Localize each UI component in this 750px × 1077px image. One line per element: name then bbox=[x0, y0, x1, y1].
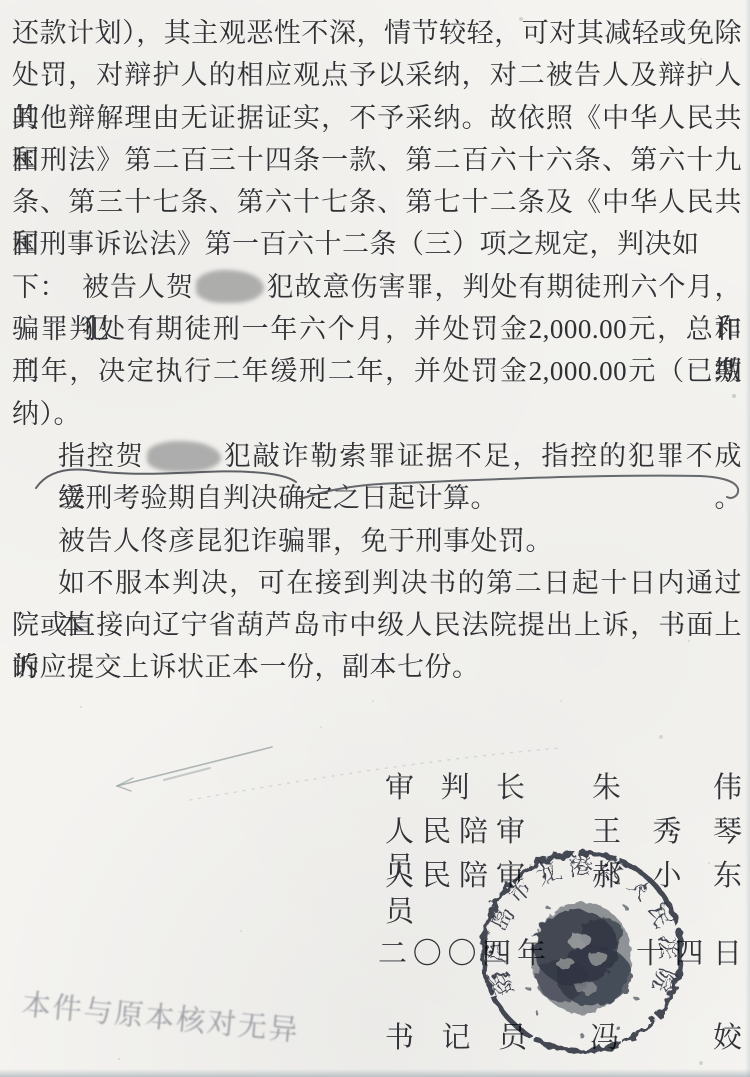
presiding-judge-row: 审判长 朱伟 bbox=[385, 770, 742, 806]
scan-edge-shadow bbox=[745, 0, 750, 1077]
judgment-line: 纳）。 bbox=[12, 393, 742, 435]
judgment-line: 二年，决定执行二年缓刑二年，并处罚金2,000.00元（已缴 bbox=[12, 350, 742, 392]
presiding-judge-label: 审判长 bbox=[385, 770, 525, 806]
assessor-label: 人民陪审员 bbox=[385, 858, 525, 930]
judgment-line: 处罚，对辩护人的相应观点予以采纳，对二被告人及辩护人的 bbox=[12, 54, 742, 96]
judgment-line: 如不服本判决，可在接到判决书的第二日起十日内通过本 bbox=[12, 562, 742, 604]
judgment-line: 骗罪判处有期徒刑一年六个月，并处罚金2,000.00元，总和刑期 bbox=[12, 308, 742, 350]
judgment-line: 指控贺犯敲诈勒索罪证据不足，指控的犯罪不成立。 bbox=[12, 435, 742, 477]
judgment-line: 被告人佟彦昆犯诈骗罪，免于刑事处罚。 bbox=[12, 520, 742, 562]
verification-stamp-note: 本件与原本核对无异 bbox=[20, 982, 303, 1050]
judgment-line: 国刑法》第二百三十四条一款、第二百六十六条、第六十九 bbox=[12, 139, 742, 181]
scan-noise-specks bbox=[0, 0, 2, 2]
scan-edge-shadow bbox=[0, 1069, 750, 1077]
judgment-body: 还款计划），其主观恶性不深，情节较轻，可对其减轻或免除 处罚，对辩护人的相应观点… bbox=[12, 12, 742, 689]
assessor-name: 郝小东 bbox=[592, 858, 742, 930]
judgment-line: 的应提交上诉状正本一份，副本七份。 bbox=[12, 646, 742, 688]
clerk-row: 书记员 冯姣 bbox=[385, 1020, 742, 1056]
presiding-judge-name: 朱伟 bbox=[592, 770, 742, 806]
judgment-line: 还款计划），其主观恶性不深，情节较轻，可对其减轻或免除 bbox=[12, 12, 742, 54]
clerk-name: 冯姣 bbox=[590, 1020, 742, 1056]
judgment-line: 条、第三十七条、第六十七条、第七十二条及《中华人民共和 bbox=[12, 181, 742, 223]
clerk-label: 书记员 bbox=[385, 1020, 527, 1056]
redacted-name bbox=[196, 270, 264, 303]
judgment-date-row: 二〇〇四年 十四日 bbox=[378, 936, 742, 972]
assessor-row: 人民陪审员 郝小东 bbox=[385, 858, 742, 930]
judgment-line-prefix: 指控贺 bbox=[58, 441, 145, 471]
judgment-line-prefix: 被告人贺 bbox=[82, 272, 194, 302]
judgment-date-year: 二〇〇四年 bbox=[378, 936, 546, 972]
judgment-line: 其他辩解理由无证据证实，不予采纳。故依照《中华人民共和 bbox=[12, 97, 742, 139]
judgment-line: 国刑事诉讼法》第一百六十二条（三）项之规定，判决如下： bbox=[12, 223, 742, 265]
scanned-judgment-page: 还款计划），其主观恶性不深，情节较轻，可对其减轻或免除 处罚，对辩护人的相应观点… bbox=[0, 0, 750, 1077]
judgment-line: 院或直接向辽宁省葫芦岛市中级人民法院提出上诉，书面上诉 bbox=[12, 604, 742, 646]
judgment-date-day: 十四日 bbox=[636, 936, 742, 972]
judgment-line: 被告人贺犯故意伤害罪，判处有期徒刑六个月，犯诈 bbox=[12, 266, 742, 308]
redacted-name bbox=[147, 441, 221, 472]
